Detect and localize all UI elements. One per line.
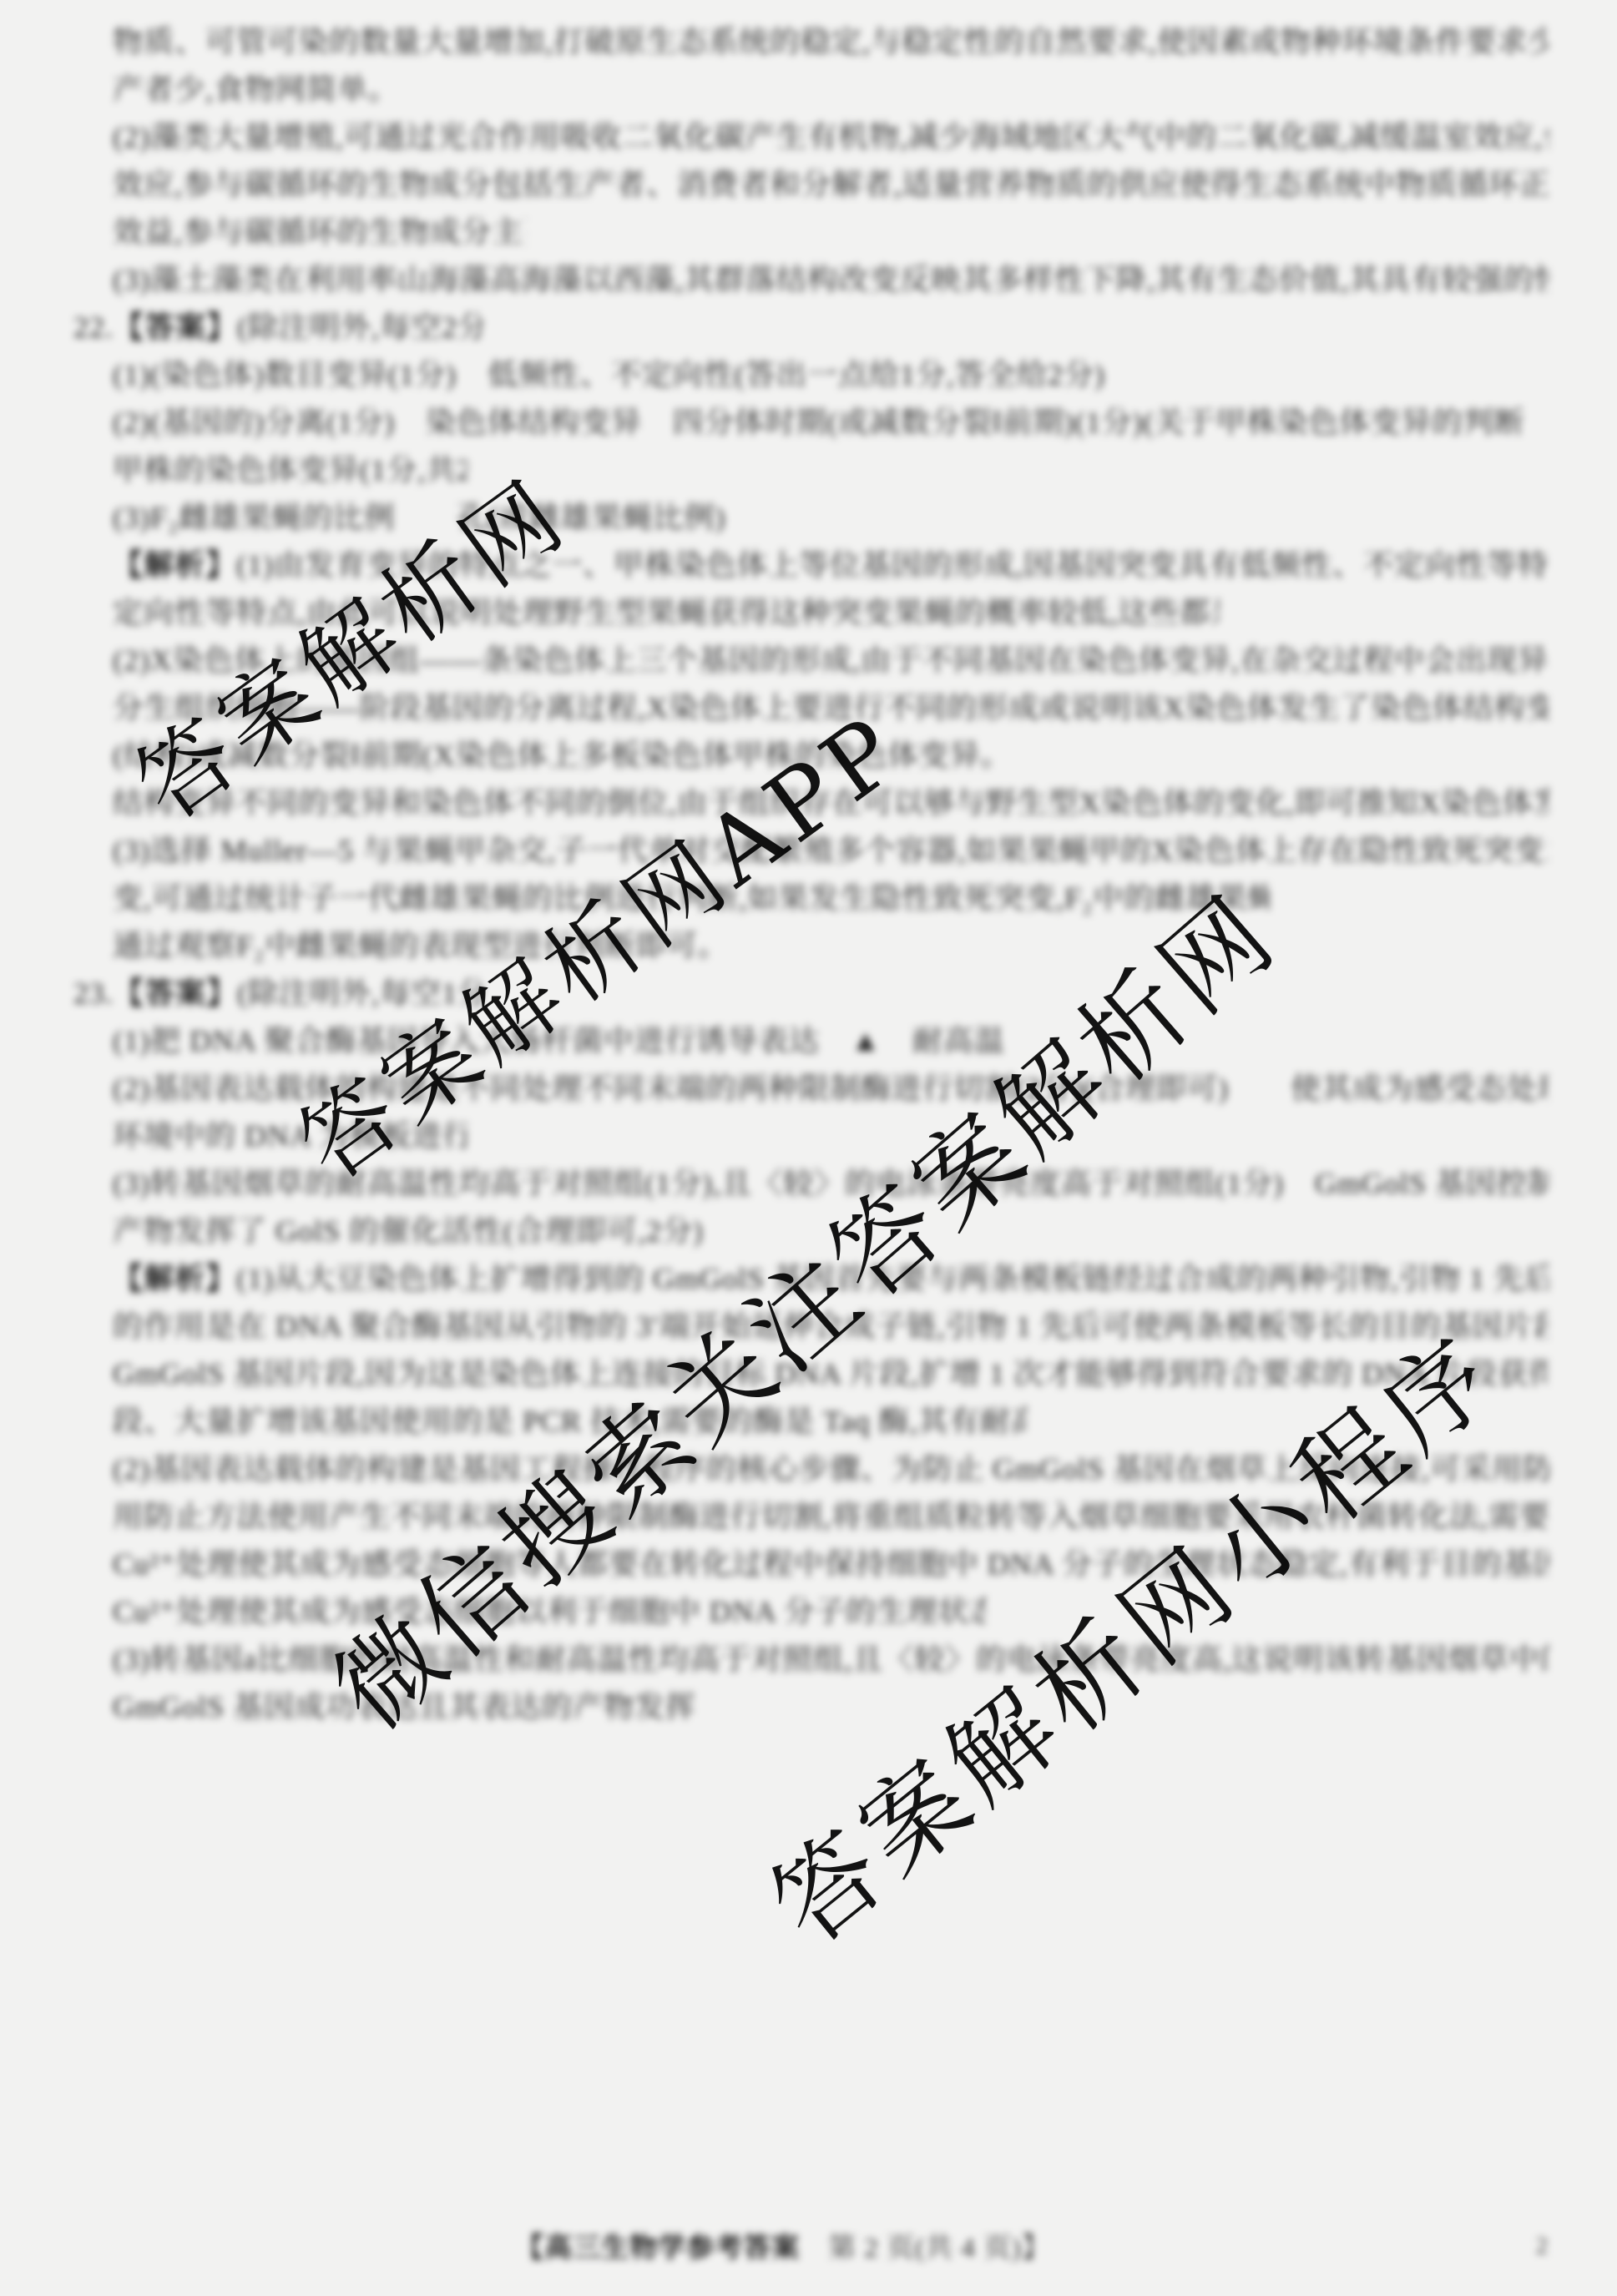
document-page: 【高三生物学参考答案 第 2 页(共 4 页)】 2 物质、可管可染的数量大量增… (0, 0, 1617, 2296)
text-line: 产者少,食物网简单。 (113, 70, 397, 108)
text-line: 变,可通过统计子一代雌雄果蝇的比例进行判断,如果发生隐性致死突变,F₂中的雌雄果… (113, 879, 1269, 917)
text-line: 甲株的染色体变异(1分,共2分) (113, 451, 467, 489)
text-line: (3)F₂雌雄果蝇的比例 孔(或雌雄果蝇比例) (113, 498, 735, 537)
text-line: (1)把 DNA 聚合酶基因导入大肠杆菌中进行诱导表达 ▲ 耐高温 (113, 1022, 1035, 1060)
text-line: 【解析】(1)由发育变异的特点之一、甲株染色体上等位基因的形成,因基因突变具有低… (113, 546, 1549, 584)
text-line: (3)转基因烟草的耐高温性均高于对照组(1分),且〈较〉的电泳条带亮度高于对照组… (113, 1164, 1549, 1203)
text-line: 通过观察F₂中雌果蝇的表现型进行判断即可。 (113, 926, 718, 965)
text-line: (2)藻类大量增殖,可通过光合作用吸收二氧化碳产生有机物,减少海域地区大气中的二… (113, 118, 1549, 156)
text-line: 物质、可管可染的数量大量增加,打破原生态系统的稳定,与稳定性的自然要求,使因素或… (113, 23, 1549, 61)
text-line: 用防止方法使用产生不同末端的两种限制酶进行切割,将重组质粒转等入烟草细胞要采用农… (113, 1497, 1549, 1536)
text-line: Cu²⁺处理使其成为感受态细胞以利于细胞中 DNA 分子的生理状态。 (113, 1592, 985, 1631)
text-line: 分生组织细胞——阶段基因的分离过程,X染色体上要进行不同的形成或说明该X染色体发… (113, 689, 1549, 727)
text-line: (3)藻土藻类在利用率山海藻高海藻以西藻,其群落结构改变反映其多样性下降,其有生… (113, 260, 1549, 299)
text-line: (结构)或减数分裂Ⅰ前期(X染色体上多板染色体甲株的染色体变异。 (113, 736, 1290, 775)
text-line: (2)(基因的)分离(1分) 染色体结构变异 四分体时期(或减数分裂Ⅰ前期)(1… (113, 403, 1549, 442)
text-line: Cu²⁺处理使其成为感受态细胞等人都要在转化过程中保持细胞中 DNA 分子的生理… (113, 1545, 1549, 1583)
text-line: 22.【答案】(除注明外,每空2分) (73, 308, 483, 346)
text-line: (2)基因表达载体的构建是不同处理不同末端的两种限制酶进行切割(2分)(合理即可… (113, 1069, 1549, 1108)
text-line: 产物发挥了 GolS 的催化活性(合理即可,2分) (113, 1212, 701, 1250)
footer-title: 【高三生物学参考答案 (516, 2233, 800, 2263)
text-line: 效应,参与碳循环的生物成分包括生产者、消费者和分解者,适量营养物质的供应使得生态… (113, 165, 1549, 204)
text-line: 结构变异不同的变异和染色体不同的倒位,由于组织存在可以够与野生型X染色体的变化,… (113, 784, 1549, 822)
blurred-document-layer: 【高三生物学参考答案 第 2 页(共 4 页)】 2 物质、可管可染的数量大量增… (0, 0, 1617, 2296)
text-line: 效益,参与碳循环的生物成分主要是生产者。 (113, 213, 526, 251)
text-line: GmGolS 基因成功表达且其表达的产物发挥了 GolS 的催化活性。 (113, 1688, 693, 1726)
text-line: (3)转基因a比细胞的耐高温性和耐高温性均高于对照组,且〈较〉的电泳条带亮度高,… (113, 1640, 1549, 1678)
text-line: (2)X染色体上的基因组——条染色体上三个基因的形成,由于不同基因在染色体变异,… (113, 641, 1549, 679)
text-line: 23.【答案】(除注明外,每空1分) (73, 974, 483, 1012)
page-corner-number: 2 (1536, 2233, 1548, 2260)
footer-page-info: 第 2 页(共 4 页)】 (800, 2233, 1050, 2263)
text-line: (1)(染色体)数目变异(1分) 低频性、不定向性(答出一点给1分,答全给2分) (113, 356, 1244, 394)
text-line: (2)基因表达载体的构建是基因工程操作程序的核心步骤、为防止 GmGolS 基因… (113, 1450, 1549, 1488)
text-line: 【解析】(1)从大豆染色体上扩增得到的 GmGolS 基因首先要与两条模板链经过… (113, 1259, 1549, 1298)
text-line: 定向性等特点,由此可以说明处理野生型果蝇获得这种突变果蝇的概率较低,这些都是基因… (113, 593, 1219, 632)
text-line: (3)选择 Muller—5 与果蝇甲杂交,子一代单对交配繁殖多个容器,如果果蝇… (113, 831, 1549, 870)
text-line: GmGolS 基因片段,因为这是染色体上连接的目标 DNA 片段,扩增 1 次才… (113, 1355, 1549, 1393)
footer: 【高三生物学参考答案 第 2 页(共 4 页)】 (516, 2230, 1109, 2267)
text-line: 段、大量扩增该基因使用的是 PCR 技术,需要的酶是 Taq 酶,其有耐高温的特… (113, 1402, 1027, 1441)
text-line: 环境中的 DNA 为模板进行复制 (113, 1117, 467, 1155)
text-line: 的作用是在 DNA 聚合酶基因从引物的 3′端开始延伸合成子链,引物 1 先后可… (113, 1307, 1549, 1345)
